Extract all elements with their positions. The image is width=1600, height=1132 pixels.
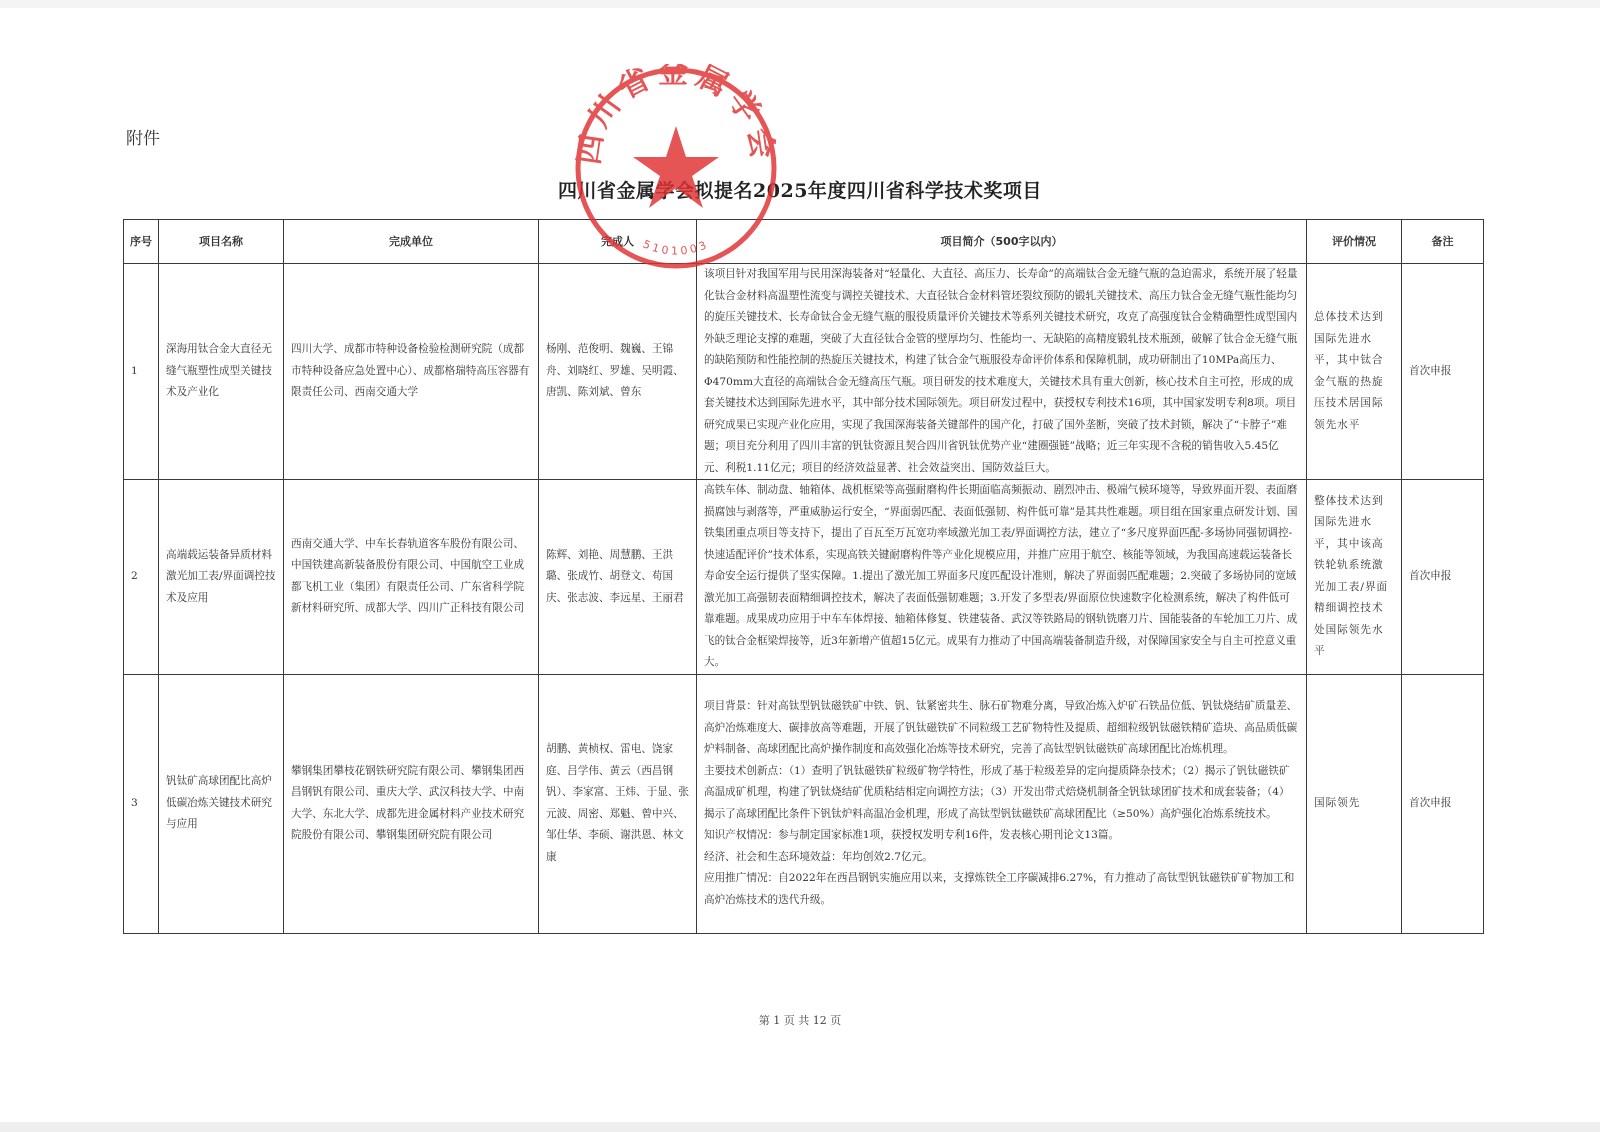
cell-project-name: 钒钛矿高球团配比高炉低碳冶炼关键技术研究与应用 [159,674,284,933]
column-header-name: 项目名称 [159,220,284,264]
attachment-label: 附件 [126,124,160,149]
cell-seq: 3 [124,674,159,933]
cell-intro: 高铁车体、制动盘、轴箱体、战机框梁等高强耐磨构件长期面临高频振动、剧烈冲击、极端… [697,480,1307,675]
cell-intro: 该项目针对我国军用与民用深海装备对“轻量化、大直径、高压力、长寿命”的高端钛合金… [697,264,1307,480]
cell-units: 攀钢集团攀枝花钢铁研究院有限公司、攀钢集团西昌钢钒有限公司、重庆大学、武汉科技大… [284,674,539,933]
cell-units: 西南交通大学、中车长春轨道客车股份有限公司、中国铁建高新装备股份有限公司、中国航… [284,480,539,675]
table-row: 2 高端载运装备异质材料激光加工表/界面调控技术及应用 西南交通大学、中车长春轨… [124,480,1484,675]
cell-rating: 整体技术达到国际先进水平，其中该高铁轮轨系统激光加工表/界面精细调控技术处国际领… [1307,480,1402,675]
intro-innovations: 主要技术创新点：（1）查明了钒钛磁铁矿粒级矿物学特性，形成了基于粒级差异的定向提… [704,761,1299,826]
page-indicator: 第 1 页 共 12 页 [0,1012,1600,1028]
column-header-seq: 序号 [124,220,159,264]
cell-people: 胡鹏、黄桢权、雷电、饶家庭、吕学伟、黄云（西昌钢钒）、李家富、王炜、于显、张元波… [539,674,697,933]
page-edge [0,0,1600,8]
seal-text: 四川省金属学会 [572,64,780,167]
cell-rating: 总体技术达到国际先进水平，其中钛合金气瓶的热旋压技术居国际领先水平 [1307,264,1402,480]
column-header-units: 完成单位 [284,220,539,264]
cell-people: 杨刚、范俊明、魏巍、王锦舟、刘晓红、罗雄、吴明霞、唐凯、陈刘斌、曾东 [539,264,697,480]
table-row: 3 钒钛矿高球团配比高炉低碳冶炼关键技术研究与应用 攀钢集团攀枝花钢铁研究院有限… [124,674,1484,933]
column-header-people: 完成人 [539,220,697,264]
intro-application: 应用推广情况：自2022年在西昌钢钒实施应用以来，支撑炼铁全工序碳减排6.27%… [704,868,1299,911]
column-header-remark: 备注 [1402,220,1484,264]
intro-background: 项目背景：针对高钛型钒钛磁铁矿中铁、钒、钛紧密共生、脉石矿物难分离，导致冶炼入炉… [704,696,1299,761]
cell-project-name: 高端载运装备异质材料激光加工表/界面调控技术及应用 [159,480,284,675]
table-row: 1 深海用钛合金大直径无缝气瓶塑性成型关键技术及产业化 四川大学、成都市特种设备… [124,264,1484,480]
column-header-intro: 项目简介（500字以内） [697,220,1307,264]
cell-units: 四川大学、成都市特种设备检验检测研究院（成都市特种设备应急处置中心）、成都格瑞特… [284,264,539,480]
table-header-row: 序号 项目名称 完成单位 完成人 项目简介（500字以内） 评价情况 备注 [124,220,1484,264]
intro-paragraph: 高铁车体、制动盘、轴箱体、战机框梁等高强耐磨构件长期面临高频振动、剧烈冲击、极端… [704,480,1299,674]
intro-paragraph: 该项目针对我国军用与民用深海装备对“轻量化、大直径、高压力、长寿命”的高端钛合金… [704,264,1299,479]
column-header-rating: 评价情况 [1307,220,1402,264]
award-projects-table: 序号 项目名称 完成单位 完成人 项目简介（500字以内） 评价情况 备注 1 … [123,219,1484,934]
cell-rating: 国际领先 [1307,674,1402,933]
intro-ip: 知识产权情况：参与制定国家标准1项，获授权发明专利16件，发表核心期刊论文13篇… [704,825,1299,847]
svg-text:四川省金属学会: 四川省金属学会 [572,64,780,167]
page-edge [0,1122,1600,1132]
cell-seq: 1 [124,264,159,480]
cell-intro: 项目背景：针对高钛型钒钛磁铁矿中铁、钒、钛紧密共生、脉石矿物难分离，导致冶炼入炉… [697,674,1307,933]
cell-project-name: 深海用钛合金大直径无缝气瓶塑性成型关键技术及产业化 [159,264,284,480]
intro-benefits: 经济、社会和生态环境效益：年均创效2.7亿元。 [704,847,1299,869]
cell-remark: 首次申报 [1402,480,1484,675]
cell-seq: 2 [124,480,159,675]
document-title: 四川省金属学会拟提名2025年度四川省科学技术奖项目 [0,176,1600,203]
cell-remark: 首次申报 [1402,674,1484,933]
cell-remark: 首次申报 [1402,264,1484,480]
cell-people: 陈辉、刘艳、周慧鹏、王洪璐、张成竹、胡登文、苟国庆、张志波、李远星、王丽君 [539,480,697,675]
